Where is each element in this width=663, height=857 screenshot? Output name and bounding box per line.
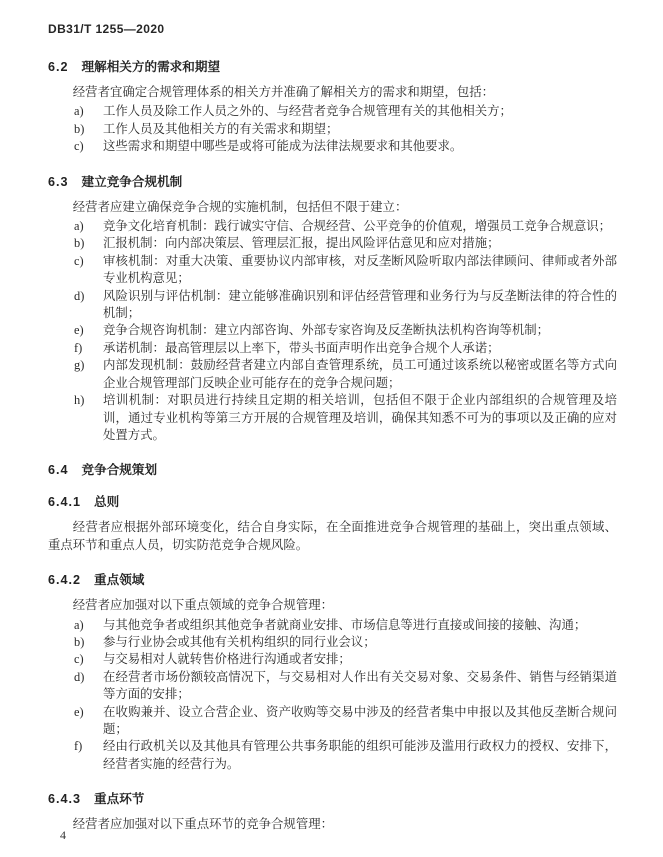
list-item-text: 承诺机制：最高管理层以上率下，带头书面声明作出竞争合规个人承诺；	[103, 340, 617, 357]
list-item-text: 参与行业协会或其他有关机构组织的同行业会议；	[103, 634, 617, 651]
paragraph: 经营者应建立确保竞争合规的实施机制，包括但不限于建立：	[48, 199, 617, 216]
list-item-text: 经由行政机关以及其他具有管理公共事务职能的组织可能涉及滥用行政权力的授权、安排下…	[103, 738, 617, 773]
list-item-text: 工作人员及除工作人员之外的、与经营者竞争合规管理有关的其他相关方；	[103, 103, 617, 120]
list-item-label: a)	[74, 617, 103, 634]
list-item-label: f)	[74, 340, 103, 357]
section-title: 理解相关方的需求和期望	[82, 56, 221, 75]
list-item-text: 审核机制：对重大决策、重要协议内部审核，对反垄断风险听取内部法律顾问、律师或者外…	[103, 253, 617, 288]
list-item-label: b)	[74, 235, 103, 252]
list-item-label: e)	[74, 322, 103, 339]
list-item-text: 与交易相对人就转售价格进行沟通或者安排；	[103, 651, 617, 668]
list-item-label: e)	[74, 704, 103, 739]
section-number: 6.4.3	[48, 792, 81, 806]
list-item: d) 风险识别与评估机制：建立能够准确识别和评估经营管理和业务行为与反垄断法律的…	[74, 288, 617, 323]
paragraph: 经营者应根据外部环境变化，结合自身实际，在全面推进竞争合规管理的基础上，突出重点…	[48, 519, 617, 554]
list-item: c) 审核机制：对重大决策、重要协议内部审核，对反垄断风险听取内部法律顾问、律师…	[74, 253, 617, 288]
list-item-text: 汇报机制：向内部决策层、管理层汇报，提出风险评估意见和应对措施；	[103, 235, 617, 252]
section-heading-6-4-1: 6.4.1 总则	[48, 491, 617, 510]
list-item: e) 竞争合规咨询机制：建立内部咨询、外部专家咨询及反垄断执法机构咨询等机制；	[74, 322, 617, 339]
paragraph: 经营者应加强对以下重点领域的竞争合规管理：	[48, 597, 617, 614]
list-item-label: d)	[74, 669, 103, 704]
list-item-label: a)	[74, 218, 103, 235]
paragraph: 经营者应加强对以下重点环节的竞争合规管理：	[48, 816, 617, 833]
list-item-label: b)	[74, 634, 103, 651]
section-number: 6.4.1	[48, 495, 81, 509]
section-title: 重点领域	[94, 569, 144, 588]
list-item: c) 这些需求和期望中哪些是或将可能成为法律法规要求和其他要求。	[74, 138, 617, 155]
list-item-text: 在经营者市场份额较高情况下，与交易相对人作出有关交易对象、交易条件、销售与经销渠…	[103, 669, 617, 704]
list-item: b) 工作人员及其他相关方的有关需求和期望；	[74, 121, 617, 138]
list-item: c) 与交易相对人就转售价格进行沟通或者安排；	[74, 651, 617, 668]
list-item-label: f)	[74, 738, 103, 773]
list-item: h) 培训机制：对职员进行持续且定期的相关培训，包括但不限于企业内部组织的合规管…	[74, 392, 617, 444]
list-item-text: 与其他竞争者或组织其他竞争者就商业安排、市场信息等进行直接或间接的接触、沟通；	[103, 617, 617, 634]
list-item-label: h)	[74, 392, 103, 444]
list-item-label: g)	[74, 357, 103, 392]
list-item-text: 在收购兼并、设立合营企业、资产收购等交易中涉及的经营者集中申报以及其他反垄断合规…	[103, 704, 617, 739]
list-item-label: c)	[74, 138, 103, 155]
list-item-label: d)	[74, 288, 103, 323]
list-item: b) 参与行业协会或其他有关机构组织的同行业会议；	[74, 634, 617, 651]
section-number: 6.4	[48, 463, 69, 477]
section-title: 总则	[94, 491, 119, 510]
section-number: 6.2	[48, 60, 69, 74]
list-item: b) 汇报机制：向内部决策层、管理层汇报，提出风险评估意见和应对措施；	[74, 235, 617, 252]
section-heading-6-4: 6.4 竞争合规策划	[48, 459, 617, 478]
list-item-text: 内部发现机制：鼓励经营者建立内部自查管理系统，员工可通过该系统以秘密或匿名等方式…	[103, 357, 617, 392]
list-item: f) 承诺机制：最高管理层以上率下，带头书面声明作出竞争合规个人承诺；	[74, 340, 617, 357]
list-item: e) 在收购兼并、设立合营企业、资产收购等交易中涉及的经营者集中申报以及其他反垄…	[74, 704, 617, 739]
list-item-label: c)	[74, 651, 103, 668]
list-6-4-2: a) 与其他竞争者或组织其他竞争者就商业安排、市场信息等进行直接或间接的接触、沟…	[74, 617, 617, 774]
section-heading-6-4-3: 6.4.3 重点环节	[48, 788, 617, 807]
section-heading-6-4-2: 6.4.2 重点领域	[48, 569, 617, 588]
section-title: 竞争合规策划	[82, 459, 158, 478]
document-code: DB31/T 1255—2020	[48, 22, 617, 36]
document-page: DB31/T 1255—2020 6.2 理解相关方的需求和期望 经营者宜确定合…	[0, 0, 663, 857]
paragraph: 经营者宜确定合规管理体系的相关方并准确了解相关方的需求和期望，包括：	[48, 84, 617, 101]
list-item-label: b)	[74, 121, 103, 138]
list-6-3: a) 竞争文化培育机制：践行诚实守信、合规经营、公平竞争的价值观，增强员工竞争合…	[74, 218, 617, 444]
list-item-text: 培训机制：对职员进行持续且定期的相关培训，包括但不限于企业内部组织的合规管理及培…	[103, 392, 617, 444]
list-item-label: a)	[74, 103, 103, 120]
section-number: 6.3	[48, 175, 69, 189]
list-item-text: 竞争合规咨询机制：建立内部咨询、外部专家咨询及反垄断执法机构咨询等机制；	[103, 322, 617, 339]
list-item-text: 这些需求和期望中哪些是或将可能成为法律法规要求和其他要求。	[103, 138, 617, 155]
list-item-label: c)	[74, 253, 103, 288]
section-title: 建立竞争合规机制	[82, 171, 183, 190]
list-item: f) 经由行政机关以及其他具有管理公共事务职能的组织可能涉及滥用行政权力的授权、…	[74, 738, 617, 773]
section-heading-6-3: 6.3 建立竞争合规机制	[48, 171, 617, 190]
section-number: 6.4.2	[48, 573, 81, 587]
list-6-2: a) 工作人员及除工作人员之外的、与经营者竞争合规管理有关的其他相关方； b) …	[74, 103, 617, 155]
list-item: d) 在经营者市场份额较高情况下，与交易相对人作出有关交易对象、交易条件、销售与…	[74, 669, 617, 704]
section-heading-6-2: 6.2 理解相关方的需求和期望	[48, 56, 617, 75]
list-item: g) 内部发现机制：鼓励经营者建立内部自查管理系统，员工可通过该系统以秘密或匿名…	[74, 357, 617, 392]
list-item-text: 风险识别与评估机制：建立能够准确识别和评估经营管理和业务行为与反垄断法律的符合性…	[103, 288, 617, 323]
list-item: a) 竞争文化培育机制：践行诚实守信、合规经营、公平竞争的价值观，增强员工竞争合…	[74, 218, 617, 235]
list-item-text: 竞争文化培育机制：践行诚实守信、合规经营、公平竞争的价值观，增强员工竞争合规意识…	[103, 218, 617, 235]
list-item-text: 工作人员及其他相关方的有关需求和期望；	[103, 121, 617, 138]
page-number: 4	[60, 828, 66, 843]
section-title: 重点环节	[94, 788, 144, 807]
list-item: a) 与其他竞争者或组织其他竞争者就商业安排、市场信息等进行直接或间接的接触、沟…	[74, 617, 617, 634]
list-item: a) 工作人员及除工作人员之外的、与经营者竞争合规管理有关的其他相关方；	[74, 103, 617, 120]
